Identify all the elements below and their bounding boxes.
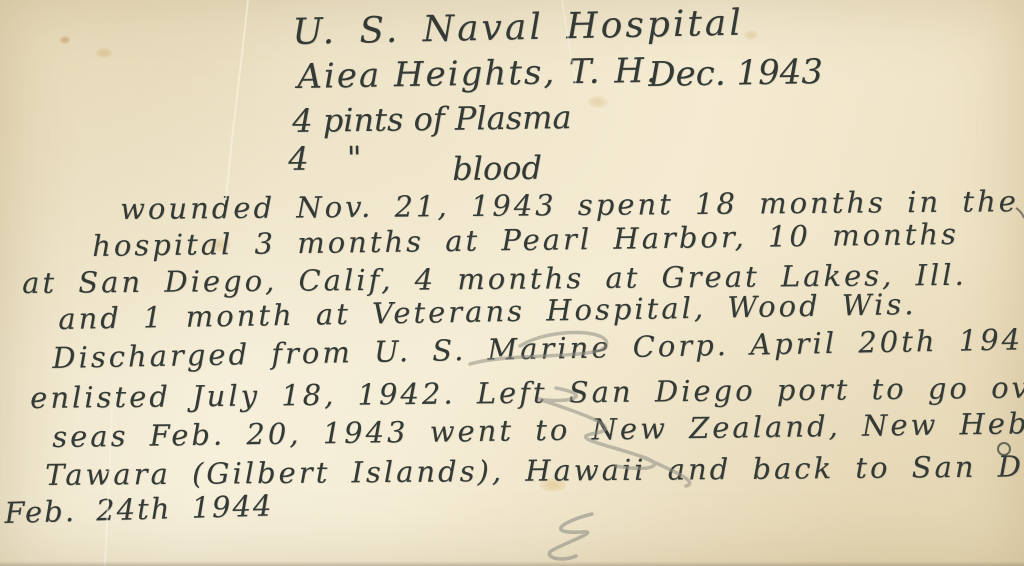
paper-stain (588, 96, 608, 108)
header-hospital-line: U. S. Naval Hospital (292, 3, 744, 53)
handwritten-line: Tawara (Gilbert Islands), Hawaii and bac… (45, 449, 1024, 492)
plasma-line: 4 pints of Plasma (292, 98, 572, 140)
scan-edge-shadow (0, 561, 1024, 566)
paper-stain (744, 30, 758, 40)
handwritten-line: Feb. 24th 1944 (4, 488, 274, 529)
paper-stain (96, 48, 112, 58)
paper-crease (226, 0, 248, 200)
pencil-mark-bottom (549, 514, 592, 559)
scanned-handwritten-note: U. S. Naval Hospital Aiea Heights, T. H.… (0, 0, 1024, 566)
header-location: Aiea Heights, T. H. (297, 51, 659, 97)
blood-word: blood (452, 149, 542, 188)
paper-stain (60, 36, 70, 44)
header-date: Dec. 1943 (648, 52, 823, 95)
ditto-mark: 4 " (288, 139, 376, 178)
